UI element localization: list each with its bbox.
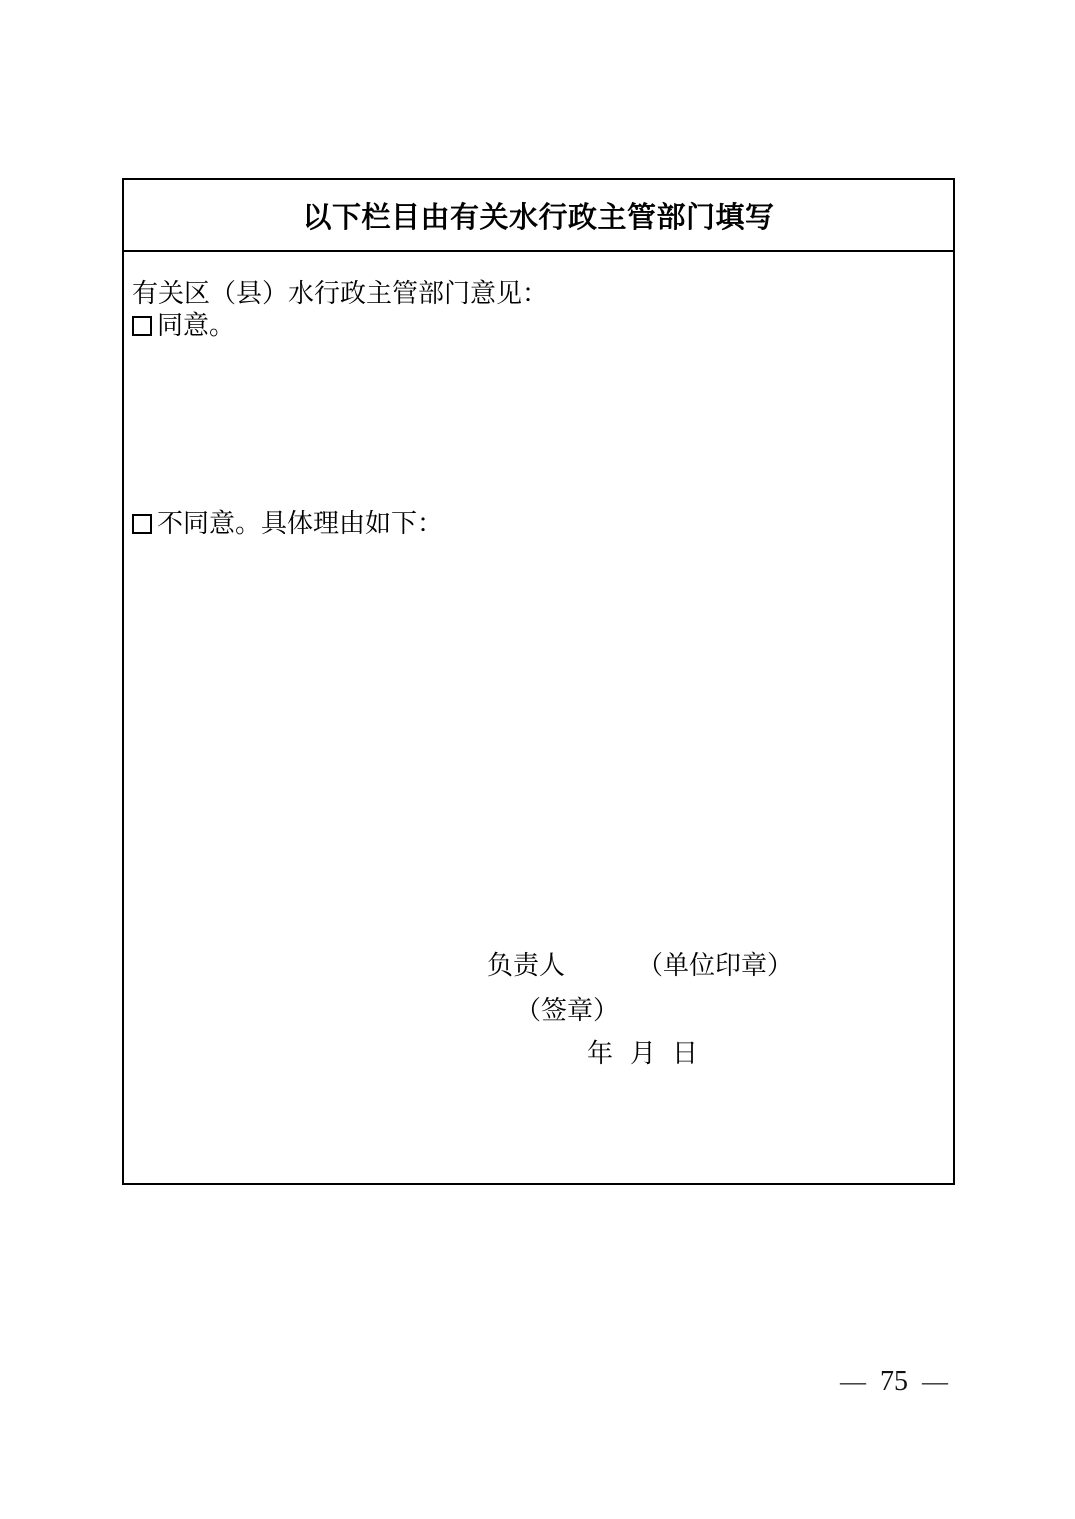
form-header: 以下栏目由有关水行政主管部门填写 (124, 180, 953, 252)
document-page: 以下栏目由有关水行政主管部门填写 有关区（县）水行政主管部门意见： 同意。 不同… (0, 0, 1075, 1519)
responsible-person-label: 负责人 (487, 950, 565, 981)
page-number-dash-left: — (838, 1367, 868, 1397)
unit-seal-label: （单位印章） (637, 950, 793, 981)
form-body: 有关区（县）水行政主管部门意见： 同意。 不同意。具体理由如下： 负责人 （单位… (124, 252, 953, 1181)
date-month-label: 月 (630, 1038, 656, 1069)
approval-form-table: 以下栏目由有关水行政主管部门填写 有关区（县）水行政主管部门意见： 同意。 不同… (122, 178, 955, 1185)
page-number-value: 75 (868, 1366, 920, 1398)
page-number: — 75 — (838, 1366, 950, 1398)
form-header-title: 以下栏目由有关水行政主管部门填写 (302, 195, 774, 236)
signature-block: 负责人 （单位印章） （签章） 年 月 日 (124, 252, 953, 1181)
date-day-label: 日 (672, 1038, 698, 1069)
sign-chop-label: （签章） (515, 995, 619, 1026)
date-year-label: 年 (587, 1038, 613, 1069)
page-number-dash-right: — (920, 1367, 950, 1397)
